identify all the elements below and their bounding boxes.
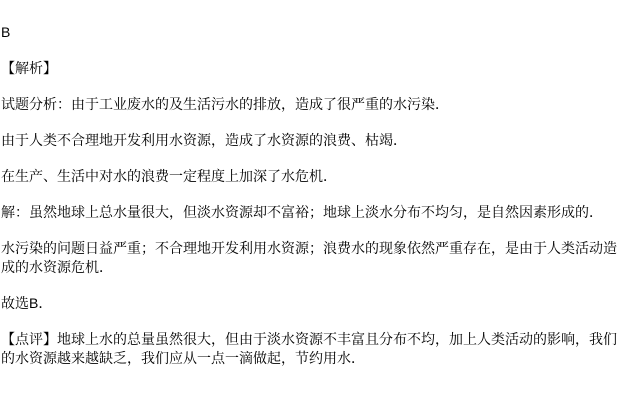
comment-paragraph: 【点评】地球上水的总量虽然很大，但由于淡水资源不丰富且分布不均，加上人类活动的影… — [1, 330, 629, 368]
analysis-paragraph: 解：虽然地球上总水量很大，但淡水资源却不富裕；地球上淡水分布不均匀，是自然因素形… — [1, 203, 629, 222]
analysis-section-label: 【解析】 — [1, 59, 629, 78]
analysis-paragraph: 试题分析：由于工业废水的及生活污水的排放，造成了很严重的水污染． — [1, 95, 629, 114]
analysis-paragraph: 在生产、生活中对水的浪费一定程度上加深了水危机． — [1, 167, 629, 186]
analysis-paragraph: 水污染的问题日益严重；不合理地开发利用水资源；浪费水的现象依然严重存在，是由于人… — [1, 239, 629, 277]
answer-text: B — [1, 23, 629, 42]
analysis-paragraph: 由于人类不合理地开发利用水资源，造成了水资源的浪费、枯竭． — [1, 131, 629, 150]
answer-explanation-document: B 【解析】 试题分析：由于工业废水的及生活污水的排放，造成了很严重的水污染． … — [0, 0, 630, 419]
conclusion-paragraph: 故选B． — [1, 294, 629, 313]
